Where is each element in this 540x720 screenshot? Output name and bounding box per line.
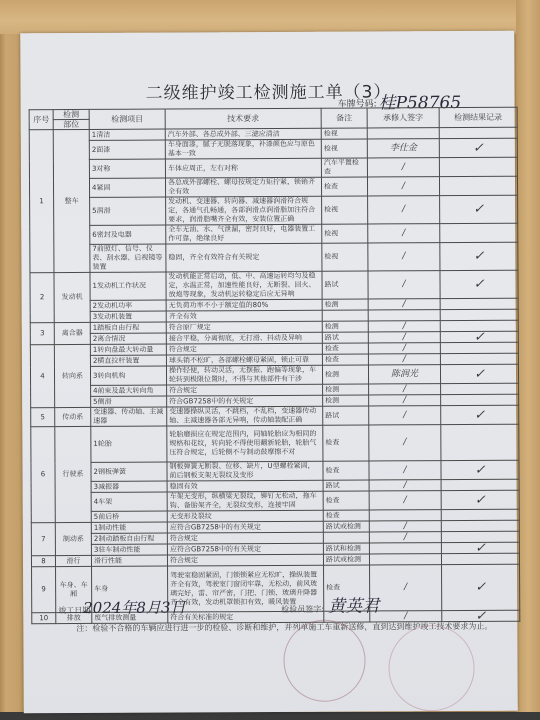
technical-requirement: 发动机能正常启动，低、中、高速运转均匀及稳定，水温正常，加速性能良好，无断裂、回… xyxy=(166,271,322,300)
result-record: ✓ xyxy=(440,195,518,223)
remark-cell: 路试和检测 xyxy=(323,543,369,554)
header-part-line2: 部位 xyxy=(53,119,89,129)
result-record xyxy=(440,309,518,320)
result-record xyxy=(439,127,517,138)
technical-requirement: 接合平稳，分离彻底，无打滑、抖动及异响 xyxy=(166,332,322,344)
inspection-part: 离合器 xyxy=(54,322,90,344)
header-item: 检测项目 xyxy=(89,109,165,129)
remark-cell: 检查 xyxy=(322,343,368,354)
repairer-signature: / xyxy=(368,224,440,243)
inspection-item: 7前照灯、信号、仪表、刮水器、后视镜等装置 xyxy=(90,244,166,272)
inspection-item: 4紧固 xyxy=(89,178,165,197)
table-row: 6行驶系1轮胎轮胎磨损应在规定范围内，同轴轮胎应为相同的规格和花纹，转向轮不得使… xyxy=(31,424,519,463)
technical-requirement: 变速器操纵灵活，不跳档，不乱档，变速器传动轴、主减速器各部无异响，传动轴装配正确 xyxy=(167,406,323,426)
technical-requirement: 全车无油、水、气泄漏，密封良好，电器装置工作可靠，绝缘良好 xyxy=(166,224,322,244)
header-part-line1: 检测 xyxy=(53,109,89,119)
result-record: ✓ xyxy=(441,542,519,553)
repairer-signature: / xyxy=(369,406,441,425)
repairer-signature: / xyxy=(369,480,441,491)
technical-requirement: 应符合GB7258中的有关规定 xyxy=(167,543,323,555)
result-record xyxy=(441,509,519,520)
inspection-item: 3驻车制动性能 xyxy=(91,544,167,555)
repairer-signature: / xyxy=(369,521,441,532)
inspection-item: 1轮胎 xyxy=(91,426,167,462)
inspection-part: 转向系 xyxy=(54,344,90,407)
inspection-item: 3对称 xyxy=(89,159,165,178)
repairer-signature: / xyxy=(368,243,440,271)
repairer-signature: / xyxy=(368,299,440,310)
repairer-signature: / xyxy=(367,158,439,177)
result-record: ✓ xyxy=(441,490,519,509)
repairer-signature: / xyxy=(369,532,441,543)
inspection-item: 2离合情况 xyxy=(90,333,166,344)
inspection-part: 发动机 xyxy=(54,272,90,322)
group-number: 8 xyxy=(31,556,55,567)
remark-cell: 汽车平置检查 xyxy=(321,158,367,177)
result-record: ✓ xyxy=(440,270,518,298)
result-record: ✓ xyxy=(442,610,520,621)
remark-cell: 路试或检测 xyxy=(323,554,369,565)
repairer-signature: / xyxy=(369,425,441,461)
repairer-signature: / xyxy=(368,343,440,354)
technical-requirement: 车身面漆，腻子无脱落现象，补漆颜色应与原色基本一致 xyxy=(165,139,321,159)
remark-cell: 路试 xyxy=(322,332,368,343)
remark-cell: 检查 xyxy=(322,354,368,365)
remark-cell xyxy=(323,532,369,543)
result-record xyxy=(439,176,517,195)
remark-cell: 路试或检测 xyxy=(323,521,369,532)
result-record xyxy=(441,479,519,490)
group-number: 5 xyxy=(31,408,55,427)
table-row: 2钢板弹簧钢板弹簧无断裂、位移、缺片，U型螺栓紧固，前后钢板支架无裂纹及变形检查… xyxy=(31,460,519,482)
result-record: ✓ xyxy=(440,242,518,270)
remark-cell: 检测 xyxy=(322,365,368,384)
repairer-signature xyxy=(369,543,441,554)
repairer-signature: / xyxy=(368,321,440,332)
result-record xyxy=(440,353,518,364)
header-result: 检测结果记录 xyxy=(439,107,517,127)
technical-requirement: 稳固，齐全有效符合有关规定 xyxy=(166,243,322,272)
inspection-item: 5润滑 xyxy=(90,197,166,225)
table-row: 5传动系变速器、传动轴、主减速器变速器操纵灵活，不跳档，不乱档，变速器传动轴、主… xyxy=(31,405,519,427)
repairer-signature: / xyxy=(369,384,441,395)
technical-requirement: 操作轻便，转动灵活，无摆振、跑偏等现象，车轮转到极限位置时，不得与其他部件有干涉 xyxy=(166,365,322,385)
result-record xyxy=(440,298,518,309)
remark-cell: 检视 xyxy=(322,196,368,224)
result-record xyxy=(439,157,517,176)
technical-requirement: 无负荷功率不小于额定值的80% xyxy=(166,299,322,311)
inspection-item: 1转向盘最大转动量 xyxy=(90,344,166,355)
table-row: 4车架车架无变形，纵横梁无裂纹，铆钉无松动，拖车钩、备胎架齐全，无裂纹变形，连接… xyxy=(31,490,519,512)
inspection-item: 3转向机构 xyxy=(90,366,166,385)
result-record xyxy=(440,223,518,242)
technical-requirement: 无变形及裂纹 xyxy=(167,510,323,522)
group-number: 7 xyxy=(31,523,55,556)
wood-background-top xyxy=(0,0,540,34)
inspector-signature-label: 检验员签字: xyxy=(281,604,324,615)
repairer-signature: / xyxy=(370,565,442,611)
result-record xyxy=(440,320,518,331)
result-record: ✓ xyxy=(442,564,520,610)
table-row: 2发动机1发动机工作状况发动机能正常启动，低、中、高速运转均匀及稳定，水温正常，… xyxy=(30,270,518,301)
inspection-item: 2制动踏板自由行程 xyxy=(91,533,167,544)
header-repairer-sign: 承修人签字 xyxy=(367,108,439,128)
group-number: 1 xyxy=(29,130,54,273)
repairer-signature: 陈润光 xyxy=(368,365,440,384)
result-record: ✓ xyxy=(440,364,518,383)
technical-requirement: 车架无变形，纵横梁无裂纹，铆钉无松动，拖车钩、备胎架齐全，无裂纹变形，连接牢固 xyxy=(167,491,323,511)
result-record xyxy=(441,553,519,564)
inspection-item: 2面漆 xyxy=(89,140,165,159)
remark-cell: 检查 xyxy=(323,461,369,480)
technical-requirement: 各总成外部螺栓、螺母按规定力矩拧紧，锁销齐全有效 xyxy=(165,177,321,197)
technical-requirement: 符合GB7258中的有关规定 xyxy=(167,395,323,407)
inspector-signature: 黄英君 xyxy=(328,591,379,616)
inspection-item: 5侧滑 xyxy=(91,396,167,407)
inspection-item: 1清洁 xyxy=(89,129,165,140)
technical-requirement: 车体应周正，左右对称 xyxy=(165,158,321,178)
technical-requirement: 轮胎磨损应在规定范围内，同轴轮胎应为相同的规格和花纹，转向轮不得使用翻新轮胎，轮… xyxy=(167,425,323,462)
remark-cell: 检查 xyxy=(321,177,367,196)
group-number: 6 xyxy=(31,427,56,523)
result-record xyxy=(441,383,519,394)
table-row: 5润滑发动机、变速器、转向器、减速器润滑符合规定，各通气孔畅通，各部润滑点润滑脂… xyxy=(30,195,518,226)
repairer-signature xyxy=(369,554,441,565)
result-record xyxy=(441,531,519,542)
result-record xyxy=(441,394,519,405)
technical-requirement: 汽车外部、各总成外部、三滤应清洁 xyxy=(165,128,321,140)
seal-stamp-left xyxy=(283,619,365,701)
inspection-item: 1踏板自由行程 xyxy=(90,322,166,333)
inspection-item: 4前束及最大转向角 xyxy=(91,385,167,396)
result-record xyxy=(440,342,518,353)
completion-date-value: 2024年8月3日 xyxy=(83,596,185,618)
remark-cell: 检查 xyxy=(323,510,369,521)
remark-cell: 路试 xyxy=(323,480,369,491)
inspection-item: 2横直拉杆装置 xyxy=(90,355,166,366)
inspection-item: 4车架 xyxy=(91,492,167,511)
remark-cell: 检测 xyxy=(322,299,368,310)
group-number: 2 xyxy=(30,273,54,323)
inspection-part: 行驶系 xyxy=(55,426,92,522)
repairer-signature: / xyxy=(368,196,440,224)
inspection-part: 制动系 xyxy=(55,522,91,555)
technical-requirement: 钢板弹簧无断裂、位移、缺片，U型螺栓紧固，前后钢板支架无裂纹及变形 xyxy=(167,461,323,481)
work-order-sheet: 二级维护竣工检测施工单（3） 车牌号码: 桂P58765 序号 检测 检测项目 … xyxy=(20,31,518,714)
result-record: ✓ xyxy=(440,331,518,342)
repairer-signature xyxy=(368,310,440,321)
table-row: 4紧固各总成外部螺栓、螺母按规定力矩拧紧，锁销齐全有效检查/ xyxy=(29,176,517,198)
repairer-signature: 李仕金 xyxy=(367,139,439,158)
group-number: 4 xyxy=(30,345,54,408)
remark-cell: 检测 xyxy=(323,395,369,406)
technical-requirement: 符合规定 xyxy=(166,343,322,355)
remark-cell: 检视 xyxy=(322,224,368,243)
remark-cell: 检查 xyxy=(323,491,369,510)
inspection-item: 2钢板弹簧 xyxy=(91,462,167,481)
inspection-item: 1制动性能 xyxy=(91,522,167,533)
technical-requirement: 符合规定 xyxy=(167,554,323,566)
technical-requirement: 球头销不松旷，各部螺栓螺母紧固，锁止可靠 xyxy=(166,354,322,366)
remark-cell: 检测 xyxy=(323,384,369,395)
table-header-row: 序号 检测 检测项目 技术要求 备注 承修人签字 检测结果记录 xyxy=(29,107,517,120)
repairer-signature: / xyxy=(368,354,440,365)
remark-cell: 检视 xyxy=(321,128,367,139)
inspection-item: 滑行性能 xyxy=(91,555,167,566)
remark-cell: 路试 xyxy=(322,271,368,299)
table-row: 3转向机构操作轻便，转动灵活，无摆振、跑偏等现象，车轮转到极限位置时，不得与其他… xyxy=(30,364,518,386)
remark-cell: 检视 xyxy=(322,243,368,271)
inspection-item: 1发动机工作状况 xyxy=(90,272,166,300)
remark-cell: 检测 xyxy=(322,321,368,332)
inspection-item: 6密封及电器 xyxy=(90,225,166,244)
technical-requirement: 符合规定 xyxy=(167,532,323,544)
remark-cell: 检视 xyxy=(321,139,367,158)
inspection-part: 传动系 xyxy=(55,407,91,426)
repairer-signature: / xyxy=(369,491,441,510)
inspection-part: 滑行 xyxy=(55,555,91,566)
technical-requirement: 符合规定 xyxy=(167,384,323,396)
group-number: 10 xyxy=(32,613,56,624)
repairer-signature: / xyxy=(368,332,440,343)
table-body: 1整车1清洁汽车外部、各总成外部、三滤应清洁检视2面漆车身面漆，腻子无脱落现象，… xyxy=(29,127,520,624)
inspection-item: 5前后桥 xyxy=(91,511,167,522)
table-row: 2面漆车身面漆，腻子无脱落现象，补漆颜色应与原色基本一致检视李仕金✓ xyxy=(29,138,517,160)
result-record: ✓ xyxy=(441,405,519,424)
repairer-signature: / xyxy=(369,395,441,406)
repairer-signature: / xyxy=(367,177,439,196)
inspection-item: 3发动机装置 xyxy=(90,311,166,322)
remark-cell: 检查 xyxy=(323,425,369,461)
repairer-signature xyxy=(369,510,441,521)
dark-floor-strip xyxy=(0,712,540,720)
technical-requirement: 稳固有效 xyxy=(167,480,323,492)
group-number: 9 xyxy=(32,567,56,613)
inspection-item: 2发动机功率 xyxy=(90,300,166,311)
header-remark: 备注 xyxy=(321,108,367,128)
seal-stamp-right xyxy=(388,625,474,711)
remark-cell: 路试 xyxy=(323,406,369,425)
result-record xyxy=(441,424,519,460)
inspection-table: 序号 检测 检测项目 技术要求 备注 承修人签字 检测结果记录 部位 1整车1清… xyxy=(29,107,521,625)
technical-requirement: 发动机、变速器、转向器、减速器润滑符合规定，各通气孔畅通，各部润滑点润滑脂加注符… xyxy=(166,196,322,225)
table-row: 3对称车体应周正，左右对称汽车平置检查/ xyxy=(29,157,517,179)
repairer-signature xyxy=(367,128,439,139)
result-record xyxy=(441,520,519,531)
table-row: 6密封及电器全车无油、水、气泄漏，密封良好，电器装置工作可靠，绝缘良好检视/ xyxy=(30,223,518,245)
inspection-item: 3减振器 xyxy=(91,481,167,492)
inspection-part: 整车 xyxy=(53,129,90,272)
result-record: ✓ xyxy=(441,460,519,479)
header-requirement: 技术要求 xyxy=(165,108,321,129)
table-row: 7前照灯、信号、仪表、刮水器、后视镜等装置稳固，齐全有效符合有关规定检视/✓ xyxy=(30,242,518,273)
group-number: 3 xyxy=(30,323,54,345)
technical-requirement: 应符合GB7258中的有关规定 xyxy=(167,521,323,533)
result-record: ✓ xyxy=(439,138,517,157)
repairer-signature: / xyxy=(369,461,441,480)
technical-requirement: 齐全有效 xyxy=(166,310,322,322)
repairer-signature: / xyxy=(368,271,440,299)
header-no: 序号 xyxy=(29,110,53,130)
inspection-item: 变速器、传动轴、主减速器 xyxy=(91,407,167,426)
technical-requirement: 符合原厂规定 xyxy=(166,321,322,333)
remark-cell xyxy=(322,310,368,321)
